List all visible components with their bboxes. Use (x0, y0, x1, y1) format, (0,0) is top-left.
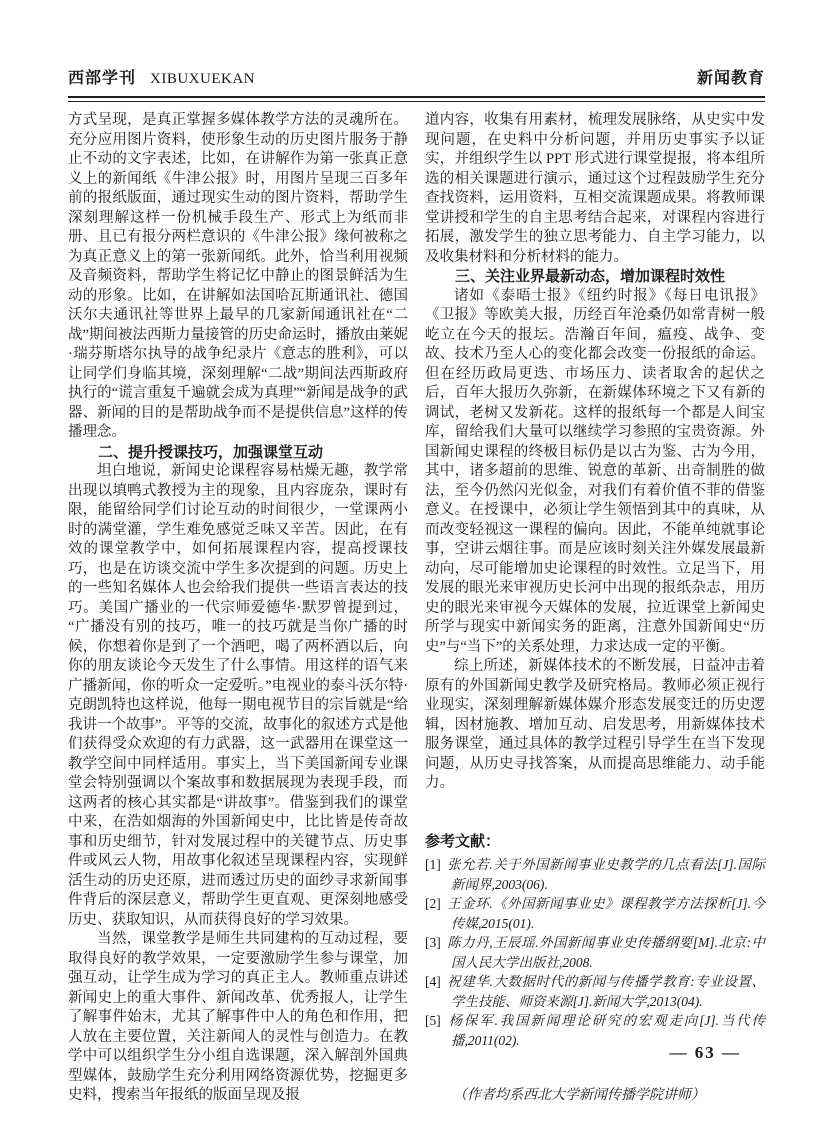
header-row: 西部学刊 XIBUXUEKAN 新闻教育 (68, 68, 765, 90)
reference-text: 张允若.关于外国新闻事业史教学的几点看法[J].国际新闻界,2003(06). (447, 857, 765, 892)
reference-text: 祝建华.大数据时代的新闻与传播学教育:专业设置、学生技能、师资来源[J].新闻大… (447, 974, 765, 1009)
reference-text: 陈力丹,王辰瑶.外国新闻事业史传播纲要[M].北京:中国人民大学出版社,2008… (447, 935, 765, 970)
header-double-rule (68, 96, 765, 102)
author-note: （作者均系西北大学新闻传播学院讲师） (425, 1086, 765, 1106)
paragraph: 坦白地说，新闻史论课程容易枯燥无趣，教学常出现以填鸭式教授为主的现象，且内容庞杂… (68, 462, 408, 930)
column-section-label: 新闻教育 (697, 68, 765, 90)
reference-item: [4]祝建华.大数据时代的新闻与传播学教育:专业设置、学生技能、师资来源[J].… (425, 972, 765, 1011)
paragraph: 当然，课堂教学是师生共同建构的互动过程，要取得良好的教学效果，一定要激励学生参与… (68, 930, 408, 1106)
section-heading-3: 三、关注业界最新动态，增加课程时效性 (425, 267, 765, 287)
paragraph-continuation: 方式呈现，是真正掌握多媒体教学方法的灵魂所在。充分应用图片资料，使形象生动的历史… (68, 111, 408, 443)
reference-item: [3]陈力丹,王辰瑶.外国新闻事业史传播纲要[M].北京:中国人民大学出版社,2… (425, 933, 765, 972)
references-title: 参考文献： (425, 832, 765, 852)
page-header: 西部学刊 XIBUXUEKAN 新闻教育 (68, 68, 765, 102)
journal-title-latin: XIBUXUEKAN (150, 68, 255, 90)
reference-label: [3] (425, 935, 441, 950)
reference-text: 王金环.《外国新闻事业史》课程教学方法探析[J].今传媒,2015(01). (447, 896, 765, 931)
journal-page: 西部学刊 XIBUXUEKAN 新闻教育 方式呈现，是真正掌握多媒体教学方法的灵… (0, 0, 833, 1123)
left-column: 方式呈现，是真正掌握多媒体教学方法的灵魂所在。充分应用图片资料，使形象生动的历史… (68, 111, 408, 1106)
paragraph: 诸如《泰晤士报》《纽约时报》《每日电讯报》《卫报》等欧美大报，历经百年沧桑仍如常… (425, 287, 765, 658)
journal-title: 西部学刊 (68, 68, 136, 90)
reference-label: [4] (425, 974, 441, 989)
section-heading-2: 二、提升授课技巧，加强课堂互动 (68, 443, 408, 463)
reference-label: [1] (425, 857, 441, 872)
reference-item: [1]张允若.关于外国新闻事业史教学的几点看法[J].国际新闻界,2003(06… (425, 855, 765, 894)
paragraph: 综上所述，新媒体技术的不断发展，日益冲击着原有的外国新闻史教学及研究格局。教师必… (425, 657, 765, 794)
article-body: 方式呈现，是真正掌握多媒体教学方法的灵魂所在。充分应用图片资料，使形象生动的历史… (68, 111, 765, 1106)
paragraph-continuation: 道内容，收集有用素材，梳理发展脉络，从史实中发现问题，在史料中分析问题，并用历史… (425, 111, 765, 267)
right-column: 道内容，收集有用素材，梳理发展脉络，从史实中发现问题，在史料中分析问题，并用历史… (425, 111, 765, 1106)
reference-list: [1]张允若.关于外国新闻事业史教学的几点看法[J].国际新闻界,2003(06… (425, 855, 765, 1050)
references: 参考文献： [1]张允若.关于外国新闻事业史教学的几点看法[J].国际新闻界,2… (425, 832, 765, 1051)
reference-label: [5] (425, 1013, 441, 1028)
page-number: — 63 — (670, 1043, 742, 1063)
reference-label: [2] (425, 896, 441, 911)
reference-item: [2]王金环.《外国新闻事业史》课程教学方法探析[J].今传媒,2015(01)… (425, 894, 765, 933)
